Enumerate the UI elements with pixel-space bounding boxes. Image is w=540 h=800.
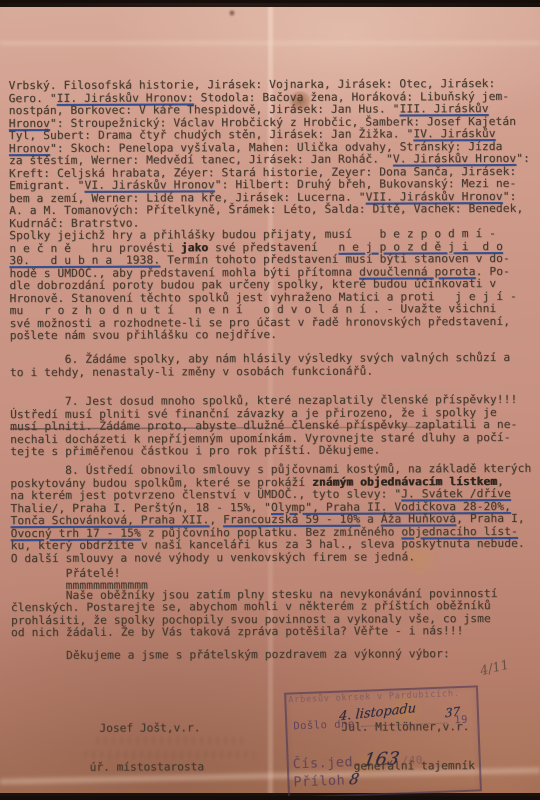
text-segment: VI. Jiráskův Hronov xyxy=(84,178,214,192)
text-segment: své představení xyxy=(208,240,338,254)
text-segment: II. Jiráskův Hronov: xyxy=(57,91,194,105)
scan-edge-top xyxy=(0,3,540,7)
text-segment: a xyxy=(360,513,381,526)
handwritten-file-number: 163 xyxy=(362,748,401,771)
paragraph-item-7: 7. Jest dosud mnoho spolků, které nezapl… xyxy=(10,394,518,459)
text-segment: . Po- xyxy=(476,264,510,277)
text-line: tejte s přiměřenou částkou i pro rok pří… xyxy=(10,444,517,459)
text-line: to i tehdy, nenastaly-li změny v osobách… xyxy=(10,364,511,379)
text-line: O další smlouvy a nové výhody u venkovsk… xyxy=(11,550,532,565)
text-segment: to i tehdy, nenastaly-li změny v osobách… xyxy=(10,364,373,379)
text-segment: , xyxy=(209,513,223,526)
text-segment: pošlete nám svou přihlášku co nejdříve. xyxy=(10,328,277,342)
paragraph-closing: Děkujeme a jsme s přátelským pozdravem z… xyxy=(11,648,450,662)
text-segment: objednacího líst- xyxy=(401,524,518,538)
text-line: Děkujeme a jsme s přátelským pozdravem z… xyxy=(11,648,450,662)
stamp-dotted-line xyxy=(362,723,448,727)
text-line: od nich žádali. Že by Vás taková zpráva … xyxy=(11,625,498,640)
stamp-attachments-label: Příloh xyxy=(293,772,345,790)
text-segment: Kudrnáč: Bratrstvo. xyxy=(9,216,139,230)
text-segment: Hronov xyxy=(9,116,50,129)
text-segment: Áža Huňková xyxy=(381,512,456,525)
text-segment: a ne- xyxy=(476,418,517,431)
text-segment: O další smlouvy a nové výhody u venkovsk… xyxy=(11,550,416,565)
handwritten-attachments-count: 8 xyxy=(348,770,361,789)
text-segment: od nich žádali. Že by Vás taková zpráva … xyxy=(11,624,464,639)
photo-background: Vrbský. Filosofská historie, Jirásek: Vo… xyxy=(0,0,540,800)
text-segment: , Praha I, xyxy=(456,512,525,525)
text-segment: Emigrant. " xyxy=(9,179,84,192)
text-segment: , xyxy=(497,474,504,487)
text-segment: Ovocný trh 17 - 15% xyxy=(11,526,141,540)
stamp-header: Arbesův okrsek v Pardubicích. xyxy=(288,689,472,706)
scan-edge-bottom xyxy=(0,793,540,796)
paragraph-item-8: 8. Ústředí obnovilo smlouvy s půjčovnami… xyxy=(10,463,531,565)
text-segment: ": xyxy=(516,152,530,165)
text-segment: Děkujeme a jsme s přátelským pozdravem z… xyxy=(11,647,450,662)
stamp-file-suffix: /40 xyxy=(401,753,423,767)
text-segment: A. a M. Tomanových: Přítelkyně, Šrámek: … xyxy=(9,202,523,217)
text-segment: Francouzská 59 - 10% xyxy=(223,513,360,527)
signature-block-left: Josef Jošt,v.r. úř. místostarosta xyxy=(99,695,204,796)
paragraph-friends-appeal: Přátelé! mmmmmmmmmmmm Naše oběžníky jsou… xyxy=(11,566,498,640)
text-segment: J. Svátek /dříve xyxy=(401,487,511,500)
paragraph-hronov-history: Vrbský. Filosofská historie, Jirásek: Vo… xyxy=(9,78,531,343)
text-segment: VII. Jiráskův Hronov xyxy=(366,189,503,203)
handwritten-received-year: 37 xyxy=(445,704,460,720)
stamp-file-row: Čís.jed.163/40 Příloh8 xyxy=(292,745,479,790)
signatory-left-name: Josef Jošt,v.r. xyxy=(99,721,204,734)
archive-received-stamp: Arbesův okrsek v Pardubicích. Došlo dne … xyxy=(284,685,482,796)
text-segment: V. Jiráskův Hronov xyxy=(393,152,516,166)
text-segment: Hronov xyxy=(9,141,50,154)
text-line: pošlete nám svou přihlášku co nejdříve. xyxy=(10,328,531,343)
text-segment: IV. Jiráskův xyxy=(413,127,495,140)
text-segment: tejte s přiměřenou částkou i pro rok pří… xyxy=(10,444,380,459)
text-segment: jako xyxy=(181,241,208,254)
text-segment: III. Jiráskův xyxy=(399,102,488,115)
document-paper: Vrbský. Filosofská historie, Jirásek: Vo… xyxy=(0,3,540,796)
text-segment: Gero. " xyxy=(9,91,57,104)
typewritten-text-layer: Vrbský. Filosofská historie, Jirásek: Vo… xyxy=(0,3,540,796)
text-segment: ": xyxy=(503,189,517,202)
signatory-left-title: úř. místostarosta xyxy=(90,760,205,773)
text-segment: dvoučlenná porota xyxy=(359,265,476,279)
paragraph-item-6: 6. Žádáme spolky, aby nám hlásily výsled… xyxy=(10,352,511,379)
